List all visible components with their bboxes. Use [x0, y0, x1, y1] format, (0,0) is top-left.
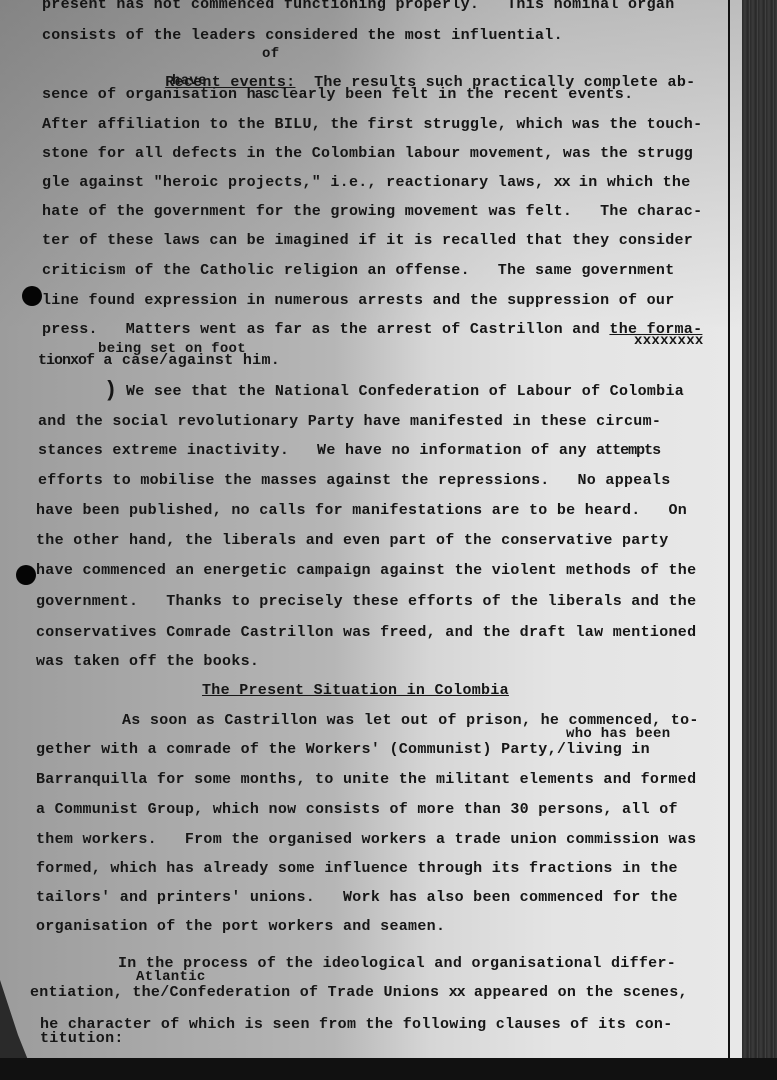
struck-text: attempts — [596, 442, 660, 459]
text-line: was taken off the books. — [36, 653, 259, 670]
struck-text: xxxxxxxx — [634, 333, 704, 349]
scan-edge-strip — [742, 0, 777, 1080]
handwritten-insert: Atlantic — [136, 969, 206, 985]
text-line: the other hand, the liberals and even pa… — [36, 532, 669, 549]
text-line: criticism of the Catholic religion an of… — [42, 262, 675, 279]
text-segment: press. Matters went as far as the arrest… — [42, 321, 609, 338]
text-line: We see that the National Confederation o… — [126, 383, 684, 400]
handwritten-insert: who has been — [566, 726, 670, 742]
text-line: a Communist Group, which now consists of… — [36, 801, 678, 818]
text-segment: entiation, the/Confederation of Trade Un… — [30, 984, 449, 1001]
text-segment: sence of organisation — [42, 86, 247, 103]
text-line: have been published, no calls for manife… — [36, 502, 687, 519]
text-line: have commenced an energetic campaign aga… — [36, 562, 696, 579]
text-line: tailors' and printers' unions. Work has … — [36, 889, 678, 906]
text-segment: in which the — [570, 174, 691, 191]
text-line: conservatives Comrade Castrillon was fre… — [36, 624, 696, 641]
text-line: stances extreme inactivity. We have no i… — [38, 442, 660, 459]
text-line: and the social revolutionary Party have … — [38, 413, 661, 430]
text-line: organisation of the port workers and sea… — [36, 918, 445, 935]
text-line: hate of the government for the growing m… — [42, 203, 702, 220]
text-line: stone for all defects in the Colombian l… — [42, 145, 693, 162]
text-line: formed, which has already some influence… — [36, 860, 678, 877]
text-line: entiation, the/Confederation of Trade Un… — [30, 984, 688, 1001]
text-line: titution: — [40, 1030, 124, 1047]
struck-text: xx — [449, 984, 465, 1001]
text-line: Barranquilla for some months, to unite t… — [36, 771, 696, 788]
paragraph-mark: ) — [104, 378, 118, 403]
struck-text: tionxof — [38, 352, 94, 369]
struck-text: has — [247, 86, 271, 103]
text-segment: clearly been felt in the recent events. — [271, 86, 634, 103]
typed-text: present has not commenced functioning pr… — [0, 0, 742, 1060]
scan-bottom-edge — [0, 1058, 777, 1080]
text-line: sence of organisation hasclearly been fe… — [42, 86, 633, 103]
text-segment: gle against "heroic projects," i.e., rea… — [42, 174, 554, 191]
text-line: government. Thanks to precisely these ef… — [36, 593, 696, 610]
text-line: he character of which is seen from the f… — [40, 1016, 673, 1033]
text-segment: appeared on the scenes, — [465, 984, 688, 1001]
text-line: line found expression in numerous arrest… — [42, 292, 675, 309]
struck-text: xx — [554, 174, 570, 191]
text-line: them workers. From the organised workers… — [36, 831, 696, 848]
text-line: gether with a comrade of the Workers' (C… — [36, 741, 650, 758]
text-line: press. Matters went as far as the arrest… — [42, 321, 702, 338]
text-line: After affiliation to the BILU, the first… — [42, 116, 702, 133]
text-line: present has not commenced functioning pr… — [42, 0, 675, 13]
section-heading-present-situation: The Present Situation in Colombia — [202, 682, 509, 699]
text-line: efforts to mobilise the masses against t… — [38, 472, 671, 489]
text-line: gle against "heroic projects," i.e., rea… — [42, 174, 691, 191]
text-segment: stances extreme inactivity. We have no i… — [38, 442, 596, 459]
text-line: tionxof a case/against him. — [38, 352, 280, 369]
text-line: ter of these laws can be imagined if it … — [42, 232, 693, 249]
text-segment: a case/against him. — [94, 352, 280, 369]
text-line: consists of the leaders considered the m… — [42, 27, 563, 44]
